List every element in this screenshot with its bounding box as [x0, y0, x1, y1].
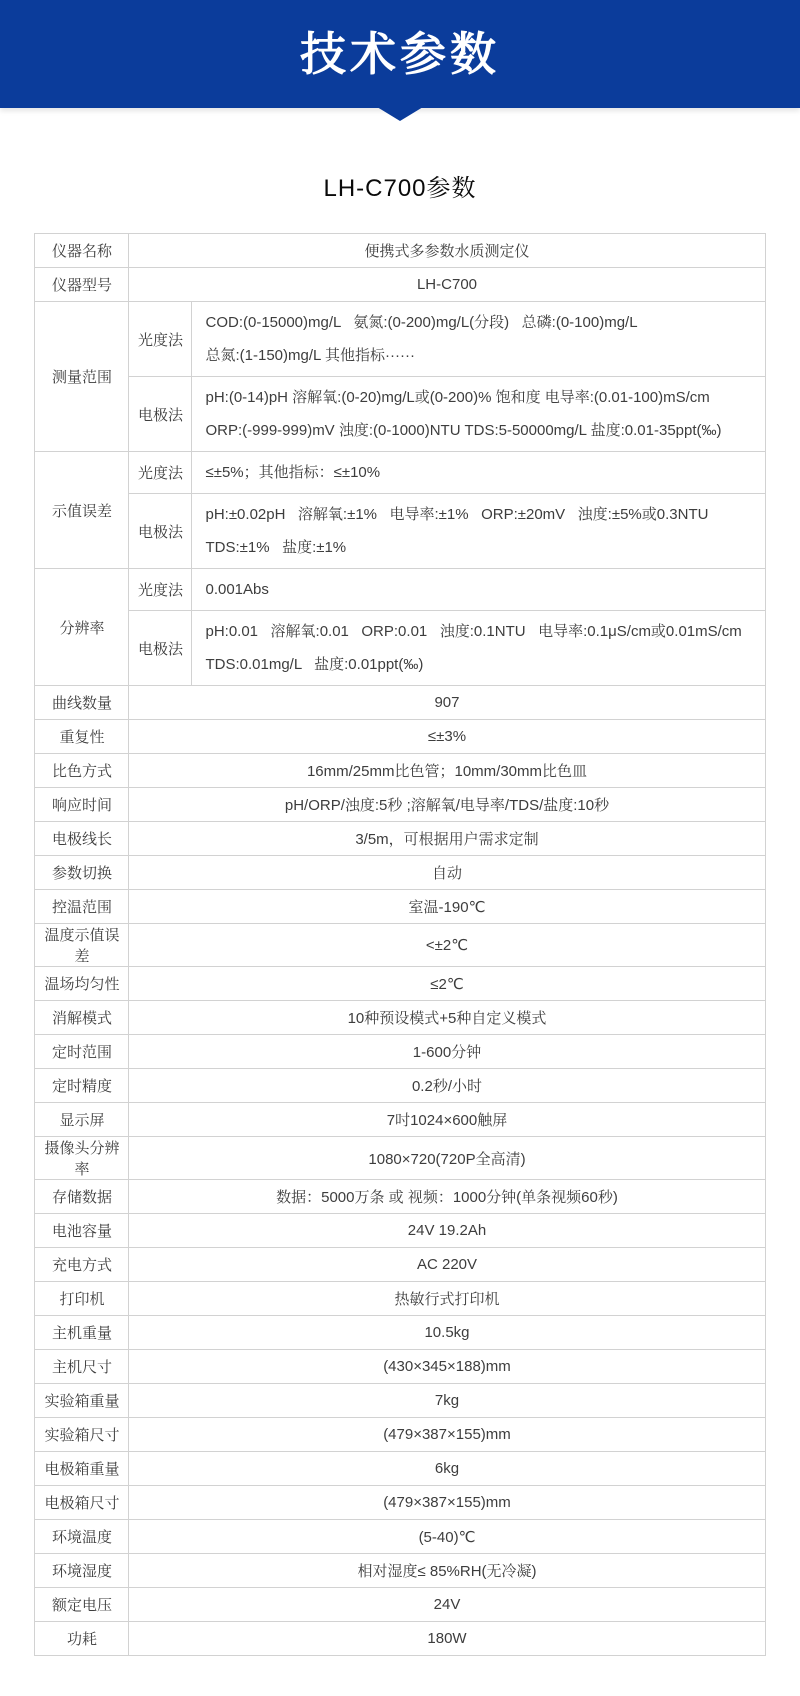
spec-label: 环境温度	[35, 1520, 129, 1554]
spec-label: 定时范围	[35, 1035, 129, 1069]
spec-label: 温场均匀性	[35, 967, 129, 1001]
table-row: 曲线数量907	[35, 686, 765, 720]
spec-group-label: 示值误差	[35, 452, 129, 569]
table-row: 功耗180W	[35, 1622, 765, 1656]
table-row: 仪器型号LH-C700	[35, 268, 765, 302]
table-row: 比色方式16mm/25mm比色管；10mm/30mm比色皿	[35, 754, 765, 788]
table-row: 主机重量10.5kg	[35, 1316, 765, 1350]
table-row: 电池容量24V 19.2Ah	[35, 1214, 765, 1248]
page-banner-title: 技术参数	[300, 31, 500, 77]
spec-label: 电极线长	[35, 822, 129, 856]
spec-table-body: 仪器名称便携式多参数水质测定仪仪器型号LH-C700测量范围光度法COD:(0-…	[35, 234, 765, 1656]
table-row: 摄像头分辨率1080×720(720P全高清)	[35, 1137, 765, 1180]
spec-value: 0.001Abs	[192, 569, 765, 611]
method-label: 光度法	[129, 452, 192, 494]
spec-value: 热敏行式打印机	[129, 1282, 765, 1316]
spec-value: (430×345×188)mm	[129, 1350, 765, 1384]
spec-value: 室温-190℃	[129, 890, 765, 924]
spec-label: 主机重量	[35, 1316, 129, 1350]
table-row: 额定电压24V	[35, 1588, 765, 1622]
spec-value: 10.5kg	[129, 1316, 765, 1350]
spec-value: 3/5m，可根据用户需求定制	[129, 822, 765, 856]
table-row: 定时范围1-600分钟	[35, 1035, 765, 1069]
spec-value: 数据：5000万条 或 视频：1000分钟(单条视频60秒)	[129, 1180, 765, 1214]
spec-value: ≤±5%；其他指标：≤±10%	[192, 452, 765, 494]
spec-label: 实验箱重量	[35, 1384, 129, 1418]
spec-value: <±2℃	[129, 924, 765, 967]
spec-value: pH:0.01 溶解氧:0.01 ORP:0.01 浊度:0.1NTU 电导率:…	[192, 611, 765, 686]
spec-value: 7kg	[129, 1384, 765, 1418]
table-row: 分辨率光度法0.001Abs	[35, 569, 765, 611]
table-row: 参数切换自动	[35, 856, 765, 890]
table-row: 环境湿度相对湿度≤ 85%RH(无冷凝)	[35, 1554, 765, 1588]
spec-label: 温度示值误差	[35, 924, 129, 967]
table-row: 显示屏7吋1024×600触屏	[35, 1103, 765, 1137]
method-label: 电极法	[129, 377, 192, 452]
table-row: 定时精度0.2秒/小时	[35, 1069, 765, 1103]
spec-value: 10种预设模式+5种自定义模式	[129, 1001, 765, 1035]
spec-value: 24V 19.2Ah	[129, 1214, 765, 1248]
spec-label: 主机尺寸	[35, 1350, 129, 1384]
table-row: 电极法pH:±0.02pH 溶解氧:±1% 电导率:±1% ORP:±20mV …	[35, 494, 765, 569]
spec-value: (5-40)℃	[129, 1520, 765, 1554]
spec-value: 自动	[129, 856, 765, 890]
spec-label: 摄像头分辨率	[35, 1137, 129, 1180]
spec-value: pH/ORP/浊度:5秒 ;溶解氧/电导率/TDS/盐度:10秒	[129, 788, 765, 822]
spec-label: 显示屏	[35, 1103, 129, 1137]
spec-value: pH:(0-14)pH 溶解氧:(0-20)mg/L或(0-200)% 饱和度 …	[192, 377, 765, 452]
method-label: 光度法	[129, 302, 192, 377]
spec-label: 曲线数量	[35, 686, 129, 720]
spec-value: 24V	[129, 1588, 765, 1622]
method-label: 电极法	[129, 494, 192, 569]
spec-label: 消解模式	[35, 1001, 129, 1035]
table-row: 电极箱重量6kg	[35, 1452, 765, 1486]
spec-value: 180W	[129, 1622, 765, 1656]
spec-group-label: 测量范围	[35, 302, 129, 452]
spec-value: pH:±0.02pH 溶解氧:±1% 电导率:±1% ORP:±20mV 浊度:…	[192, 494, 765, 569]
spec-value: LH-C700	[129, 268, 765, 302]
spec-label: 仪器型号	[35, 268, 129, 302]
spec-value: 便携式多参数水质测定仪	[129, 234, 765, 268]
spec-label: 充电方式	[35, 1248, 129, 1282]
page-banner: 技术参数	[0, 0, 800, 108]
table-row: 环境温度(5-40)℃	[35, 1520, 765, 1554]
table-row: 响应时间pH/ORP/浊度:5秒 ;溶解氧/电导率/TDS/盐度:10秒	[35, 788, 765, 822]
spec-value: 0.2秒/小时	[129, 1069, 765, 1103]
spec-label: 电极箱尺寸	[35, 1486, 129, 1520]
spec-label: 参数切换	[35, 856, 129, 890]
table-row: 充电方式AC 220V	[35, 1248, 765, 1282]
spec-value: 7吋1024×600触屏	[129, 1103, 765, 1137]
table-row: 实验箱重量7kg	[35, 1384, 765, 1418]
spec-label: 电极箱重量	[35, 1452, 129, 1486]
table-row: 打印机热敏行式打印机	[35, 1282, 765, 1316]
spec-value: (479×387×155)mm	[129, 1418, 765, 1452]
spec-value: 16mm/25mm比色管；10mm/30mm比色皿	[129, 754, 765, 788]
table-row: 实验箱尺寸(479×387×155)mm	[35, 1418, 765, 1452]
spec-label: 定时精度	[35, 1069, 129, 1103]
spec-label: 响应时间	[35, 788, 129, 822]
spec-label: 重复性	[35, 720, 129, 754]
spec-value: 1-600分钟	[129, 1035, 765, 1069]
spec-value: 907	[129, 686, 765, 720]
spec-value: COD:(0-15000)mg/L 氨氮:(0-200)mg/L(分段) 总磷:…	[192, 302, 765, 377]
method-label: 光度法	[129, 569, 192, 611]
table-row: 测量范围光度法COD:(0-15000)mg/L 氨氮:(0-200)mg/L(…	[35, 302, 765, 377]
spec-value: ≤2℃	[129, 967, 765, 1001]
spec-label: 仪器名称	[35, 234, 129, 268]
spec-group-label: 分辨率	[35, 569, 129, 686]
spec-label: 打印机	[35, 1282, 129, 1316]
spec-label: 控温范围	[35, 890, 129, 924]
page: 技术参数 LH-C700参数 仪器名称便携式多参数水质测定仪仪器型号LH-C70…	[0, 0, 800, 1656]
table-row: 重复性≤±3%	[35, 720, 765, 754]
spec-value: ≤±3%	[129, 720, 765, 754]
spec-label: 比色方式	[35, 754, 129, 788]
spec-value: 6kg	[129, 1452, 765, 1486]
spec-label: 额定电压	[35, 1588, 129, 1622]
banner-pointer-icon	[377, 107, 423, 121]
spec-value: AC 220V	[129, 1248, 765, 1282]
table-row: 控温范围室温-190℃	[35, 890, 765, 924]
spec-value: 1080×720(720P全高清)	[129, 1137, 765, 1180]
spec-value: (479×387×155)mm	[129, 1486, 765, 1520]
table-row: 电极法pH:0.01 溶解氧:0.01 ORP:0.01 浊度:0.1NTU 电…	[35, 611, 765, 686]
spec-label: 存储数据	[35, 1180, 129, 1214]
method-label: 电极法	[129, 611, 192, 686]
spec-label: 电池容量	[35, 1214, 129, 1248]
table-row: 仪器名称便携式多参数水质测定仪	[35, 234, 765, 268]
spec-label: 实验箱尺寸	[35, 1418, 129, 1452]
table-row: 存储数据数据：5000万条 或 视频：1000分钟(单条视频60秒)	[35, 1180, 765, 1214]
table-row: 电极法pH:(0-14)pH 溶解氧:(0-20)mg/L或(0-200)% 饱…	[35, 377, 765, 452]
spec-table: 仪器名称便携式多参数水质测定仪仪器型号LH-C700测量范围光度法COD:(0-…	[34, 233, 765, 1656]
spec-label: 环境湿度	[35, 1554, 129, 1588]
table-row: 电极线长3/5m，可根据用户需求定制	[35, 822, 765, 856]
table-row: 消解模式10种预设模式+5种自定义模式	[35, 1001, 765, 1035]
table-row: 温度示值误差<±2℃	[35, 924, 765, 967]
table-row: 温场均匀性≤2℃	[35, 967, 765, 1001]
table-row: 主机尺寸(430×345×188)mm	[35, 1350, 765, 1384]
table-row: 电极箱尺寸(479×387×155)mm	[35, 1486, 765, 1520]
spec-label: 功耗	[35, 1622, 129, 1656]
table-row: 示值误差光度法≤±5%；其他指标：≤±10%	[35, 452, 765, 494]
spec-value: 相对湿度≤ 85%RH(无冷凝)	[129, 1554, 765, 1588]
page-title: LH-C700参数	[0, 108, 800, 233]
